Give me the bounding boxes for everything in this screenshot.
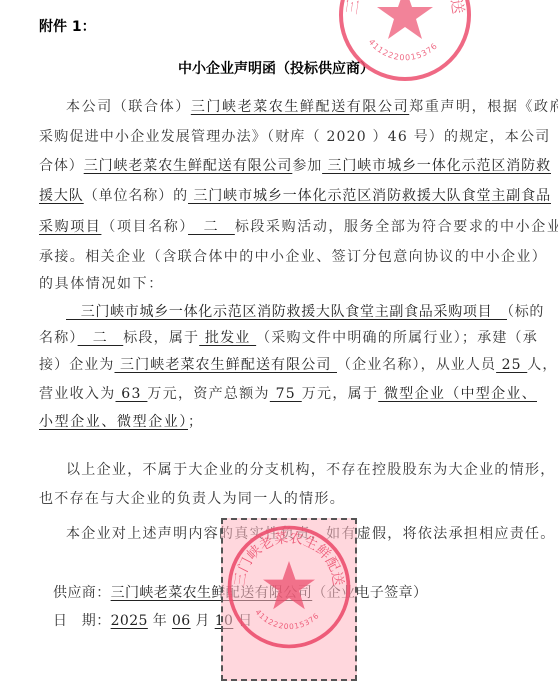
project-name: 采购项目 (39, 219, 101, 235)
text: 参加 (292, 158, 322, 174)
unit-name: 援大队 (39, 188, 84, 204)
project-name: 三门峡市城乡一体化示范区消防救援大队食堂主副食品采购项目 (66, 304, 507, 320)
text: （项目名称） (101, 219, 188, 235)
para1-line5: 采购项目（项目名称） 二 标段采购活动，服务全部为符合要求的中小企业 (39, 218, 558, 236)
lot-number: 二 (78, 330, 124, 346)
text: 郑重声明，根据《政府 (409, 99, 558, 115)
text: 人， (527, 357, 557, 373)
para1-line4: 援大队（单位名称）的 三门峡市城乡一体化示范区消防救援大队食堂主副食品 (39, 187, 551, 205)
project-name: 三门峡市城乡一体化示范区消防救援大队食堂主副食品 (188, 188, 551, 204)
text: 名称） (39, 330, 78, 346)
text: 标段采购活动，服务全部为符合要求的中小企业 (235, 219, 558, 235)
para3-line2: 也不存在与大企业的负责人为同一人的情形。 (39, 490, 345, 508)
text: 万元，资产总额为 (147, 386, 269, 402)
date-month: 06 (172, 613, 191, 629)
text: 合体） (39, 158, 84, 174)
company-name: 三门峡老菜农生鲜配送有限公司 (115, 357, 338, 373)
para1-line2: 采购促进中小企业发展管理办法》（财库（ 2020 ）46 号）的规定，本公司（联 (39, 128, 558, 146)
para1-line3: 合体）三门峡老菜农生鲜配送有限公司参加 三门峡市城乡一体化示范区消防救 (39, 157, 551, 175)
para1-line6: 承接。相关企业（含联合体中的中小企业、签订分包意向协议的中小企业） (39, 248, 547, 266)
text: （企业名称），从业人员 (337, 357, 496, 373)
company-name: 三门峡老菜农生鲜配送有限公司 (191, 99, 409, 115)
lot-number: 二 (188, 219, 235, 235)
date-year: 2025 (111, 613, 148, 629)
para2-line2: 名称） 二 标段，属于 批发业 （采购文件中明确的所属行业）；承建（承 (39, 329, 538, 347)
text: 月 (191, 613, 215, 629)
staff-count: 25 (496, 357, 527, 373)
company-seal-bottom: 三门峡老菜农生鲜配送有限公司 4112220015376 (224, 522, 354, 652)
para2-line5: 小型企业、微型企业）； (39, 413, 204, 431)
enterprise-type: 微型企业（中型企业、 (378, 386, 537, 402)
supplier-label: 供应商： (53, 585, 111, 601)
date-label: 日 期： (53, 613, 111, 629)
para2-line3: 接）企业为 三门峡老菜农生鲜配送有限公司 （企业名称），从业人员 25 人， (39, 356, 557, 374)
para1-line1: 本公司（联合体）三门峡老菜农生鲜配送有限公司郑重声明，根据《政府 (66, 98, 558, 116)
text: ； (188, 414, 204, 430)
text: 营业收入为 (39, 386, 116, 402)
seal-icon: 三门峡老菜农生鲜配送有限公司 4112220015376 (224, 522, 354, 652)
text: 标段，属于 (123, 330, 199, 346)
text: 年 (148, 613, 172, 629)
enterprise-type: 小型企业、微型企业） (39, 414, 188, 430)
seal-icon: 三门峡老菜农生鲜配送有限公司 4112220015376 (335, 0, 475, 85)
text: （单位名称）的 (84, 188, 188, 204)
para3-line1: 以上企业，不属于大企业的分支机构，不存在控股股东为大企业的情形， (66, 461, 556, 479)
unit-name: 三门峡市城乡一体化示范区消防救 (322, 158, 551, 174)
text: （采购文件中明确的所属行业）；承建（承 (256, 330, 538, 346)
text: 接）企业为 (39, 357, 115, 373)
para2-line4: 营业收入为 63 万元，资产总额为 75 万元，属于 微型企业（中型企业、 (39, 385, 537, 403)
revenue: 63 (116, 386, 148, 402)
para1-line7: 的具体情况如下： (39, 275, 164, 293)
attachment-label: 附件 1： (39, 16, 96, 36)
svg-text:4112220015376: 4112220015376 (253, 608, 321, 632)
svg-text:4112220015376: 4112220015376 (367, 37, 440, 62)
text: 万元，属于 (302, 386, 379, 402)
para2-line1: 三门峡市城乡一体化示范区消防救援大队食堂主副食品采购项目 （标的 (66, 303, 544, 321)
industry: 批发业 (199, 330, 256, 346)
total-assets: 75 (270, 386, 302, 402)
text: （标的 (507, 304, 544, 320)
company-name: 三门峡老菜农生鲜配送有限公司 (84, 158, 293, 174)
text: 本公司（联合体） (66, 99, 191, 115)
company-seal-top: 三门峡老菜农生鲜配送有限公司 4112220015376 (335, 0, 475, 85)
